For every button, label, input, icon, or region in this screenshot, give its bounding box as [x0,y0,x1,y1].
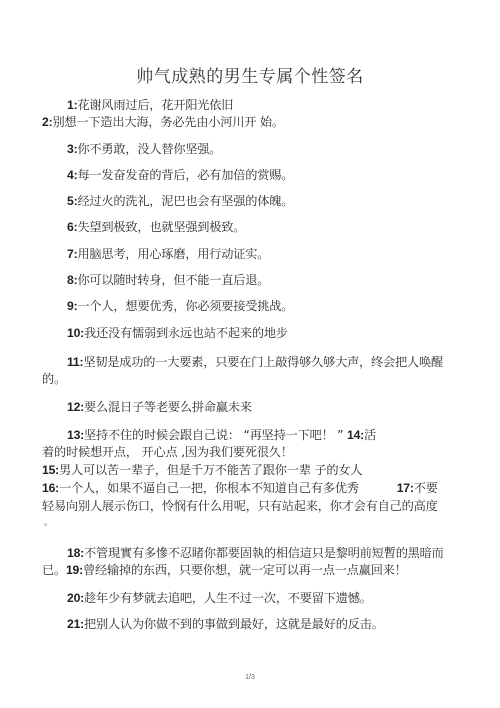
signature-line-8: 8:你可以随时转身，但不能一直后退。 [67,271,269,288]
signature-line-21: 21:把别人认为你做不到的事做到最好，这就是最好的反击。 [67,615,384,632]
signature-line-14-cont: 着的时候想开点， 开心点 ,因为我们要死很久！ [42,443,293,460]
signature-line-18: 18:不管現實有多慘不忍睹你都要固執的相信這只是黎明前短暫的黑暗而 [67,544,444,561]
signature-line-13-14: 13:坚持不住的时候会跟自己说： “再坚持一下吧！ ” 14:活 [67,426,376,443]
signature-line-5: 5:经过火的洗礼，泥巴也会有坚强的体魄。 [67,192,293,209]
signature-line-17-cont: 轻易向别人展示伤口，怜悯有什么用呢，只有站起来，你才会有自己的高度 [42,497,438,514]
signature-line-12: 12:要么混日子等老要么拼命赢未来 [67,398,252,415]
signature-line-6: 6:失望到极致，也就坚强到极致。 [67,218,245,235]
signature-line-18-19: 已。19:曾经输掉的东西，只要你想，就一定可以再一点一点赢回来！ [42,561,407,578]
signature-line-3: 3:你不勇敢，没人替你坚强。 [67,140,221,157]
signature-line-10: 10:我还没有懦弱到永远也站不起来的地步 [67,324,288,341]
signature-line-7: 7:用脑思考，用心琢磨，用行动证实。 [67,245,269,262]
signature-line-2: 2:别想一下造出大海，务必先由小河川开 始。 [42,113,284,130]
signature-line-15: 15:男人可以苦一辈子，但是千万不能苦了跟你一辈 子的女人 [42,461,362,478]
signature-line-11: 11:坚韧是成功的一大要素，只要在门上敲得够久够大声，终会把人唤醒 [67,353,443,370]
signature-line-20: 20:趁年少有梦就去追吧，人生不过一次，不要留下遗憾。 [67,589,372,606]
signature-line-11-cont: 的。 [42,370,66,387]
signature-line-9: 9:一个人，想要优秀，你必须要接受挑战。 [67,297,293,314]
signature-line-1: 1:花谢风雨过后，花开阳光依旧 [67,96,233,113]
signature-line-17-end: 。 [44,515,53,528]
signature-line-16-17: 16:一个人，如果不逼自己一把，你根本不知道自己有多优秀17:不要 [42,479,438,496]
document-title: 帅气成熟的男生专属个性签名 [0,62,500,87]
signature-line-4: 4:每一发奋发奋的背后，必有加倍的赏赐。 [67,166,293,183]
page-number: 1/3 [0,674,500,681]
